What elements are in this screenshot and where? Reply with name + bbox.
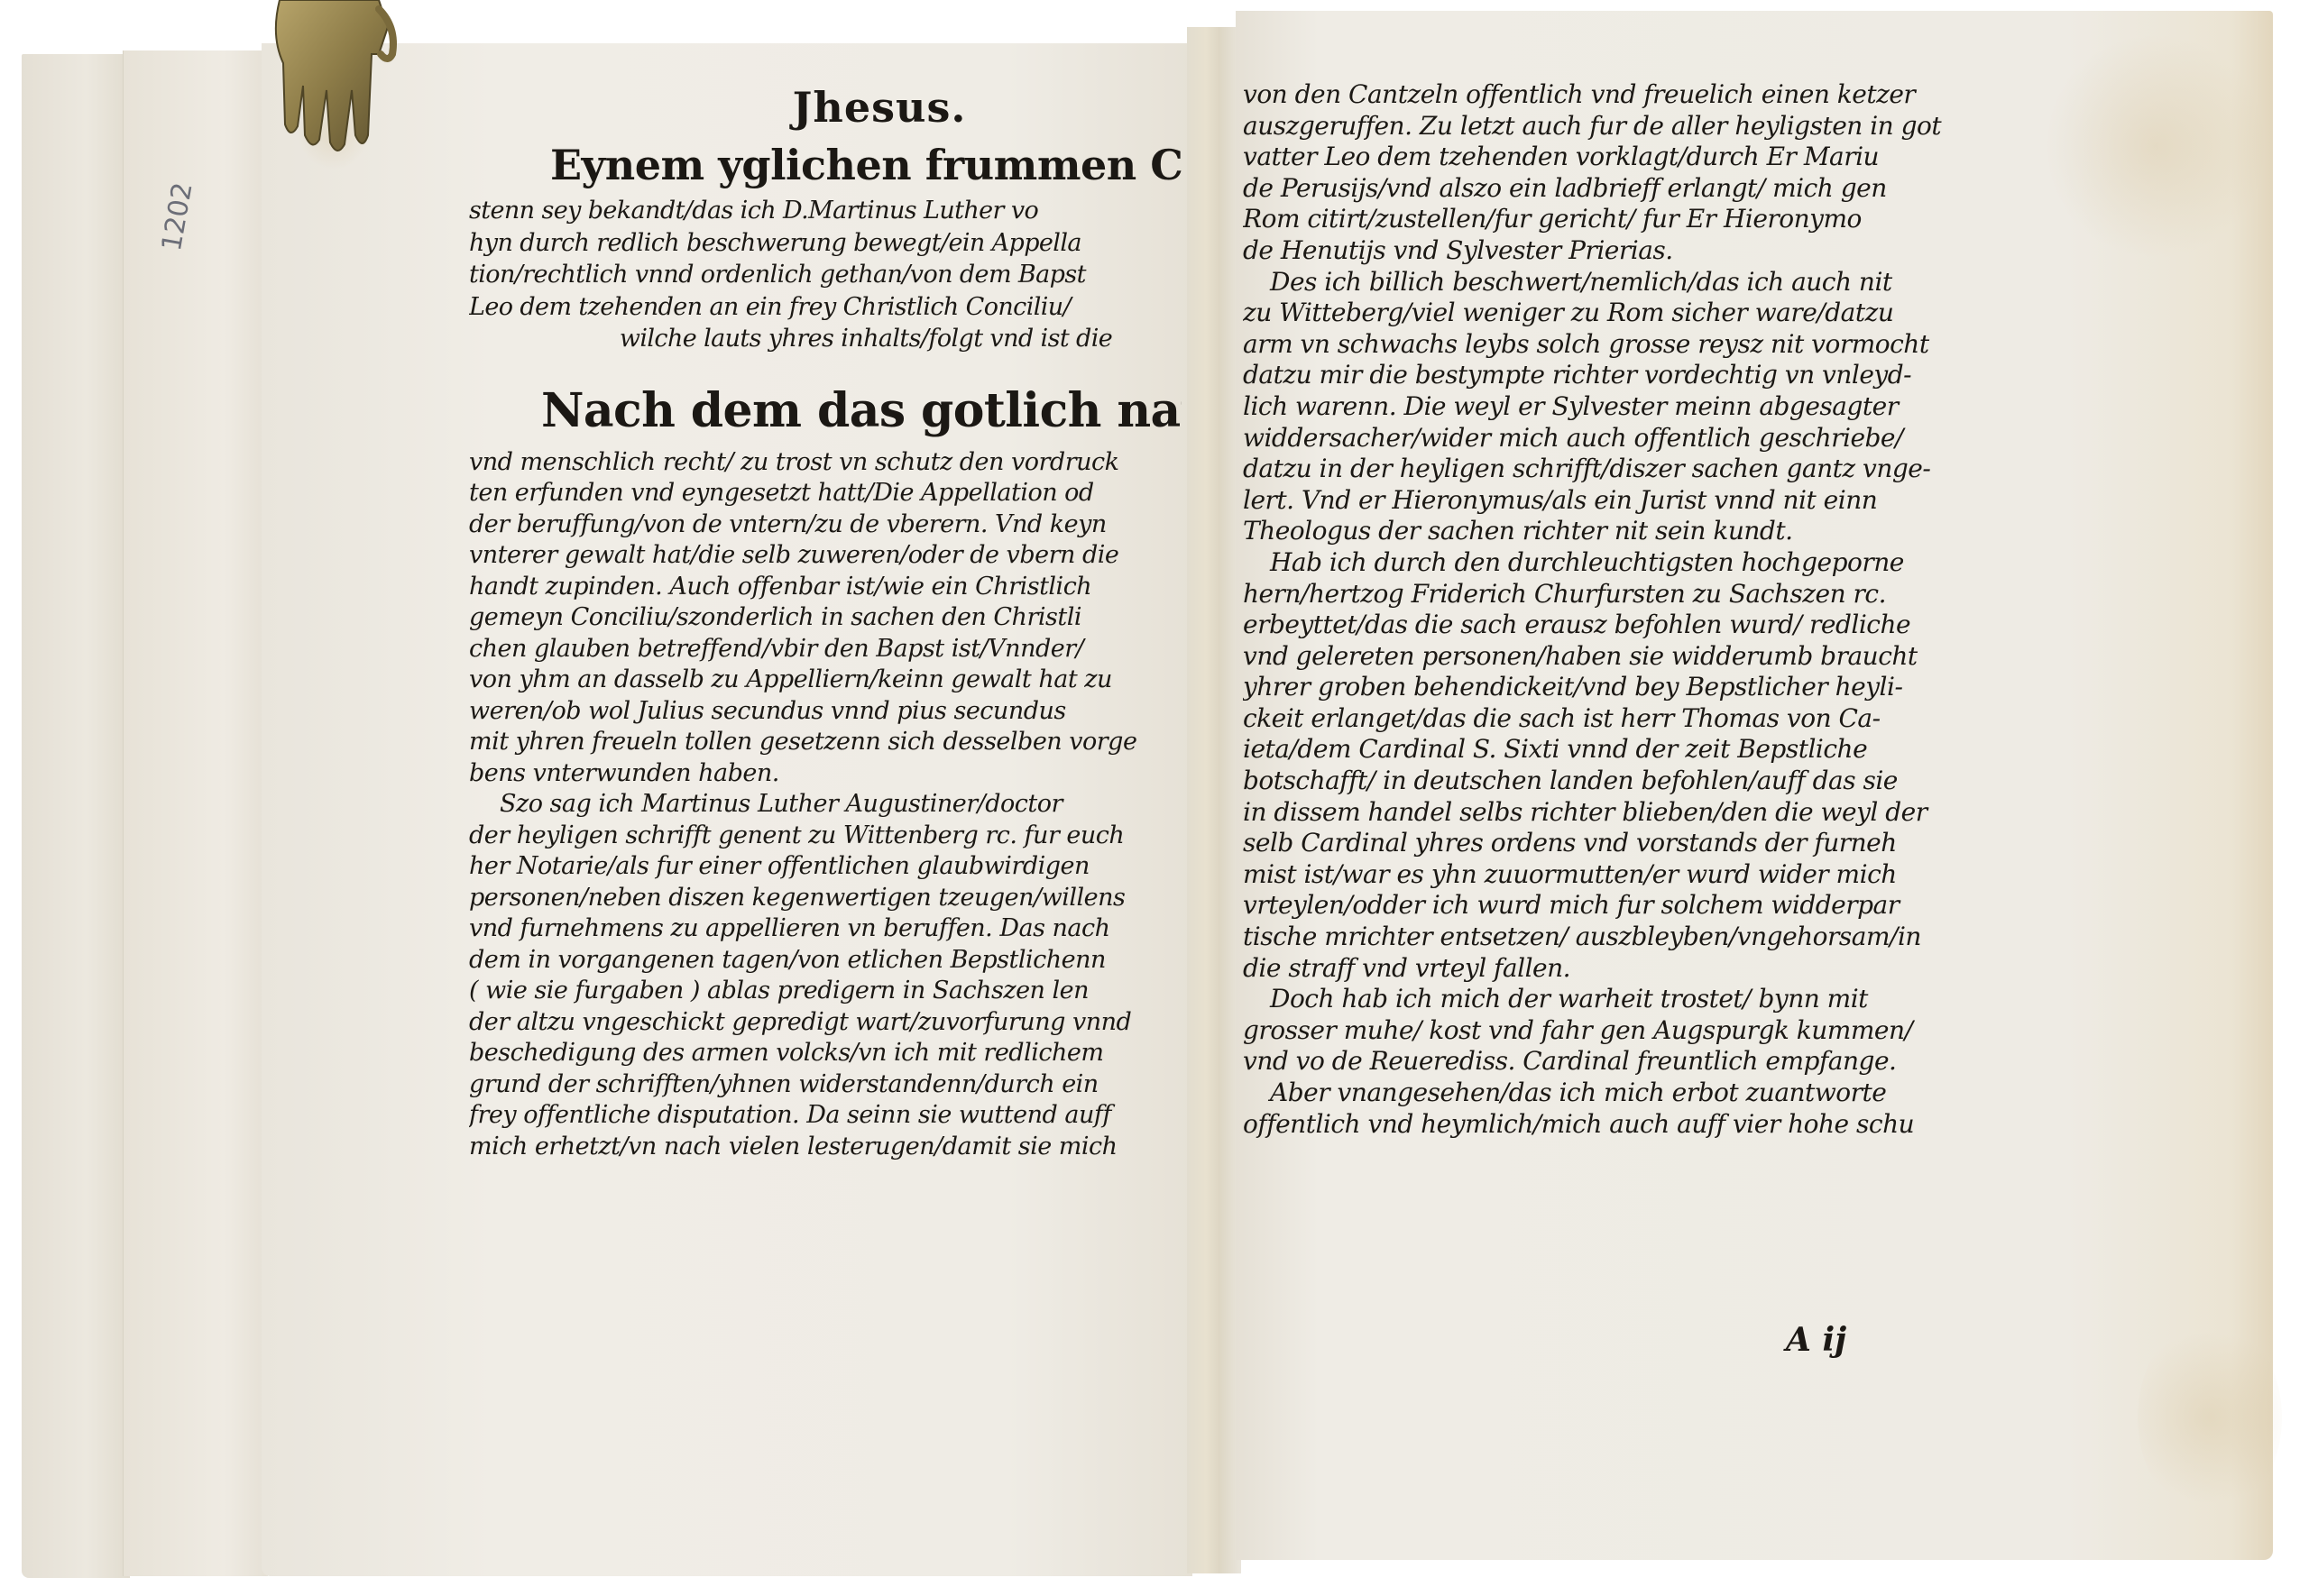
text-line: grund der schrifften/yhnen widerstandenn… bbox=[469, 1069, 1182, 1101]
intro-line: stenn sey bekandt/das ich D.Martinus Lut… bbox=[469, 195, 1182, 227]
book-gutter bbox=[1187, 27, 1241, 1573]
text-line: datzu mir die bestympte richter vordecht… bbox=[1243, 360, 2037, 391]
text-line: Des ich billich beschwert/nemlich/das ic… bbox=[1243, 267, 2037, 298]
text-line: ieta/dem Cardinal S. Sixti vnnd der zeit… bbox=[1243, 734, 2037, 766]
text-line: her Notarie/als fur einer offentlichen g… bbox=[469, 851, 1182, 883]
paper-stain bbox=[2138, 1318, 2282, 1517]
text-line: yhrer groben behendickeit/vnd bey Bepstl… bbox=[1243, 672, 2037, 703]
text-line: Theologus der sachen richter nit sein ku… bbox=[1243, 516, 2037, 547]
intro-line: tion/rechtlich vnnd ordenlich gethan/von… bbox=[469, 259, 1182, 291]
text-line: von yhm an dasselb zu Appelliern/keinn g… bbox=[469, 665, 1182, 696]
text-line: die straff vnd vrteyl fallen. bbox=[1243, 953, 2037, 985]
text-line: dem in vorgangenen tagen/von etlichen Be… bbox=[469, 945, 1182, 977]
text-line: mich erhetzt/vn nach vielen lesterugen/d… bbox=[469, 1132, 1182, 1163]
text-line: vatter Leo dem tzehenden vorklagt/durch … bbox=[1243, 142, 2037, 173]
signature-mark: A ij bbox=[1786, 1321, 1846, 1359]
text-line: beschedigung des armen volcks/vn ich mit… bbox=[469, 1038, 1182, 1069]
pencil-annotation: 1202 bbox=[156, 177, 275, 267]
brass-hand-clip-icon bbox=[244, 0, 415, 153]
text-line: datzu in der heyligen schrifft/diszer sa… bbox=[1243, 454, 2037, 485]
text-line: Szo sag ich Martinus Luther Augustiner/d… bbox=[469, 789, 1182, 821]
text-line: mit yhren freueln tollen gesetzenn sich … bbox=[469, 727, 1182, 758]
text-line: der beruffung/von de vntern/zu de vberer… bbox=[469, 509, 1182, 541]
text-line: Rom citirt/zustellen/fur gericht/ fur Er… bbox=[1243, 204, 2037, 235]
open-book: 1202 Jhesus. Eynem yglichen frummen Chri… bbox=[0, 0, 2309, 1596]
text-line: auszgeruffen. Zu letzt auch fur de aller… bbox=[1243, 111, 2037, 142]
text-line: ckeit erlanget/das die sach ist herr Tho… bbox=[1243, 703, 2037, 735]
right-page-text: von den Cantzeln offentlich vnd freuelic… bbox=[1243, 79, 2037, 1140]
text-line: grosser muhe/ kost vnd fahr gen Augspurg… bbox=[1243, 1015, 2037, 1047]
text-line: vnd furnehmens zu appellieren vn beruffe… bbox=[469, 913, 1182, 945]
text-line: ( wie sie furgaben ) ablas predigern in … bbox=[469, 976, 1182, 1007]
text-line: Doch hab ich mich der warheit trostet/ b… bbox=[1243, 984, 2037, 1015]
text-line: de Henutijs vnd Sylvester Prierias. bbox=[1243, 235, 2037, 267]
flyleaf-edge bbox=[22, 54, 130, 1578]
text-line: vrteylen/odder ich wurd mich fur solchem… bbox=[1243, 890, 2037, 922]
text-line: Aber vnangesehen/das ich mich erbot zuan… bbox=[1243, 1078, 2037, 1109]
text-line: handt zupinden. Auch offenbar ist/wie ei… bbox=[469, 572, 1182, 603]
text-line: zu Witteberg/viel weniger zu Rom sicher … bbox=[1243, 298, 2037, 329]
text-line: hern/hertzog Friderich Churfursten zu Sa… bbox=[1243, 579, 2037, 610]
text-line: vnterer gewalt hat/die selb zuweren/oder… bbox=[469, 540, 1182, 572]
text-line: lich warenn. Die weyl er Sylvester meinn… bbox=[1243, 391, 2037, 423]
left-body-text: vnd menschlich recht/ zu trost vn schutz… bbox=[469, 447, 1182, 1163]
text-line: widdersacher/wider mich auch offentlich … bbox=[1243, 423, 2037, 454]
text-line: gemeyn Conciliu/szonderlich in sachen de… bbox=[469, 602, 1182, 634]
paper-stain bbox=[2047, 29, 2264, 263]
text-line: vnd menschlich recht/ zu trost vn schutz… bbox=[469, 447, 1182, 479]
text-line: vnd gelereten personen/haben sie widderu… bbox=[1243, 641, 2037, 673]
intro-line: Leo dem tzehenden an ein frey Christlich… bbox=[469, 291, 1182, 324]
left-page-text: Jhesus. Eynem yglichen frummen Chri sten… bbox=[469, 79, 1182, 1162]
text-line: botschafft/ in deutschen landen befohlen… bbox=[1243, 766, 2037, 797]
text-line: von den Cantzeln offentlich vnd freuelic… bbox=[1243, 79, 2037, 111]
text-line: personen/neben diszen kegenwertigen tzeu… bbox=[469, 883, 1182, 914]
text-line: Hab ich durch den durchleuchtigsten hoch… bbox=[1243, 547, 2037, 579]
text-line: weren/ob wol Julius secundus vnnd pius s… bbox=[469, 696, 1182, 728]
text-line: offentlich vnd heymlich/mich auch auff v… bbox=[1243, 1109, 2037, 1141]
text-line: de Perusijs/vnd alszo ein ladbrieff erla… bbox=[1243, 173, 2037, 205]
text-line: erbeyttet/das die sach erausz befohlen w… bbox=[1243, 610, 2037, 641]
text-line: vnd vo de Reuerediss. Cardinal freuntlic… bbox=[1243, 1046, 2037, 1078]
intro-line: hyn durch redlich beschwerung bewegt/ein… bbox=[469, 227, 1182, 260]
text-line: der altzu vngeschickt gepredigt wart/zuv… bbox=[469, 1007, 1182, 1039]
text-line: mist ist/war es yhn zuuormutten/er wurd … bbox=[1243, 859, 2037, 891]
section-heading: Nach dem das gotlich naturlich bbox=[541, 375, 1182, 447]
intro-line: wilche lauts yhres inhalts/folgt vnd ist… bbox=[550, 323, 1182, 355]
right-body-text: von den Cantzeln offentlich vnd freuelic… bbox=[1243, 79, 2037, 1140]
text-line: bens vnterwunden haben. bbox=[469, 758, 1182, 790]
flyleaf: 1202 bbox=[123, 50, 268, 1576]
page-title: Jhesus. bbox=[577, 79, 1182, 135]
text-line: ten erfunden vnd eyngesetzt hatt/Die App… bbox=[469, 478, 1182, 509]
text-line: lert. Vnd er Hieronymus/als ein Jurist v… bbox=[1243, 485, 2037, 517]
text-line: tische mrichter entsetzen/ auszbleyben/v… bbox=[1243, 922, 2037, 953]
text-line: chen glauben betreffend/vbir den Bapst i… bbox=[469, 634, 1182, 665]
text-line: der heyligen schrifft genent zu Wittenbe… bbox=[469, 821, 1182, 852]
text-line: arm vn schwachs leybs solch grosse reysz… bbox=[1243, 329, 2037, 361]
text-line: selb Cardinal yhres ordens vnd vorstands… bbox=[1243, 828, 2037, 859]
address-heading: Eynem yglichen frummen Chri bbox=[550, 135, 1182, 195]
text-line: in dissem handel selbs richter blieben/d… bbox=[1243, 797, 2037, 829]
text-line: frey offentliche disputation. Da seinn s… bbox=[469, 1100, 1182, 1132]
